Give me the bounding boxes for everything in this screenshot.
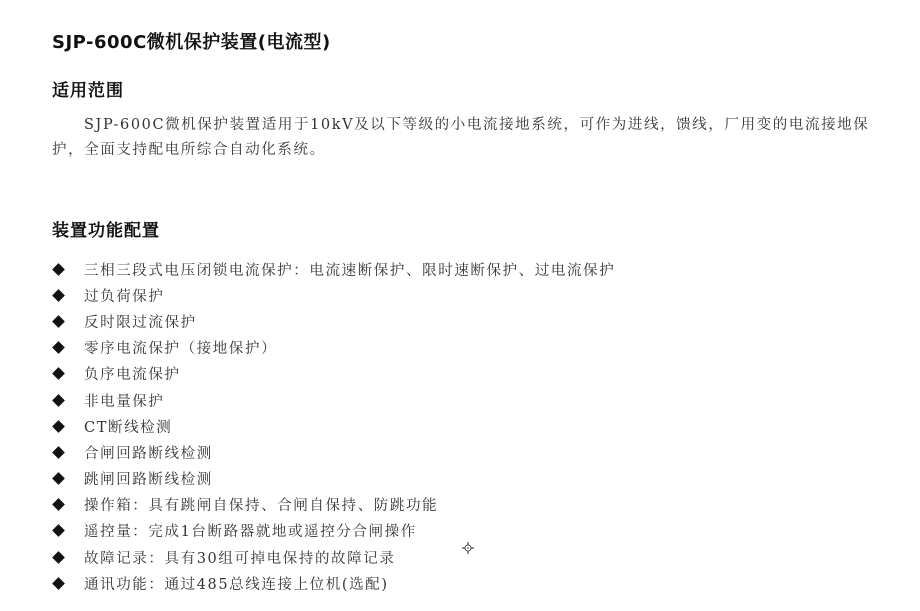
diamond-bullet-icon — [52, 263, 65, 276]
diamond-bullet-icon — [52, 289, 65, 302]
list-item-text: 非电量保护 — [84, 390, 165, 411]
list-item-text: 过负荷保护 — [84, 285, 165, 306]
list-item: 负序电流保护 — [52, 361, 615, 387]
list-item: 非电量保护 — [52, 387, 615, 413]
diamond-bullet-icon — [52, 315, 65, 328]
diamond-bullet-icon — [52, 577, 65, 590]
list-item-text: 故障记录：具有30组可掉电保持的故障记录 — [84, 547, 395, 568]
diamond-bullet-icon — [52, 420, 65, 433]
list-item: 操作箱：具有跳闸自保持、合闸自保持、防跳功能 — [52, 492, 615, 518]
crosshair-cursor-icon — [462, 542, 474, 554]
scope-paragraph: SJP-600C微机保护装置适用于10kV及以下等级的小电流接地系统，可作为进线… — [52, 113, 892, 163]
list-item-text: 三相三段式电压闭锁电流保护：电流速断保护、限时速断保护、过电流保护 — [84, 259, 615, 280]
list-item-text: 遥控量：完成1台断路器就地或遥控分合闸操作 — [84, 520, 417, 541]
list-item: CT断线检测 — [52, 413, 615, 439]
diamond-bullet-icon — [52, 341, 65, 354]
list-item-text: 反时限过流保护 — [84, 311, 197, 332]
list-item: 零序电流保护（接地保护） — [52, 335, 615, 361]
diamond-bullet-icon — [52, 551, 65, 564]
diamond-bullet-icon — [52, 446, 65, 459]
list-item: 三相三段式电压闭锁电流保护：电流速断保护、限时速断保护、过电流保护 — [52, 256, 615, 282]
diamond-bullet-icon — [52, 498, 65, 511]
list-item: 遥控量：完成1台断路器就地或遥控分合闸操作 — [52, 518, 615, 544]
list-item: 通讯功能：通过485总线连接上位机(选配) — [52, 570, 615, 596]
list-item: 过负荷保护 — [52, 282, 615, 308]
document-title: SJP-600C微机保护装置(电流型) — [52, 28, 331, 54]
function-list: 三相三段式电压闭锁电流保护：电流速断保护、限时速断保护、过电流保护 过负荷保护 … — [52, 256, 615, 596]
list-item-text: 操作箱：具有跳闸自保持、合闸自保持、防跳功能 — [84, 494, 438, 515]
list-item: 反时限过流保护 — [52, 308, 615, 334]
list-item: 合闸回路断线检测 — [52, 439, 615, 465]
list-item: 跳闸回路断线检测 — [52, 466, 615, 492]
diamond-bullet-icon — [52, 367, 65, 380]
diamond-bullet-icon — [52, 472, 65, 485]
list-item-text: CT断线检测 — [84, 416, 172, 437]
list-item-text: 跳闸回路断线检测 — [84, 468, 213, 489]
section-heading-function-config: 装置功能配置 — [52, 216, 160, 241]
section-heading-scope: 适用范围 — [52, 76, 124, 101]
list-item-text: 零序电流保护（接地保护） — [84, 337, 277, 358]
list-item-text: 负序电流保护 — [84, 363, 181, 384]
list-item: 故障记录：具有30组可掉电保持的故障记录 — [52, 544, 615, 570]
list-item-text: 合闸回路断线检测 — [84, 442, 213, 463]
diamond-bullet-icon — [52, 525, 65, 538]
diamond-bullet-icon — [52, 394, 65, 407]
list-item-text: 通讯功能：通过485总线连接上位机(选配) — [84, 573, 389, 594]
